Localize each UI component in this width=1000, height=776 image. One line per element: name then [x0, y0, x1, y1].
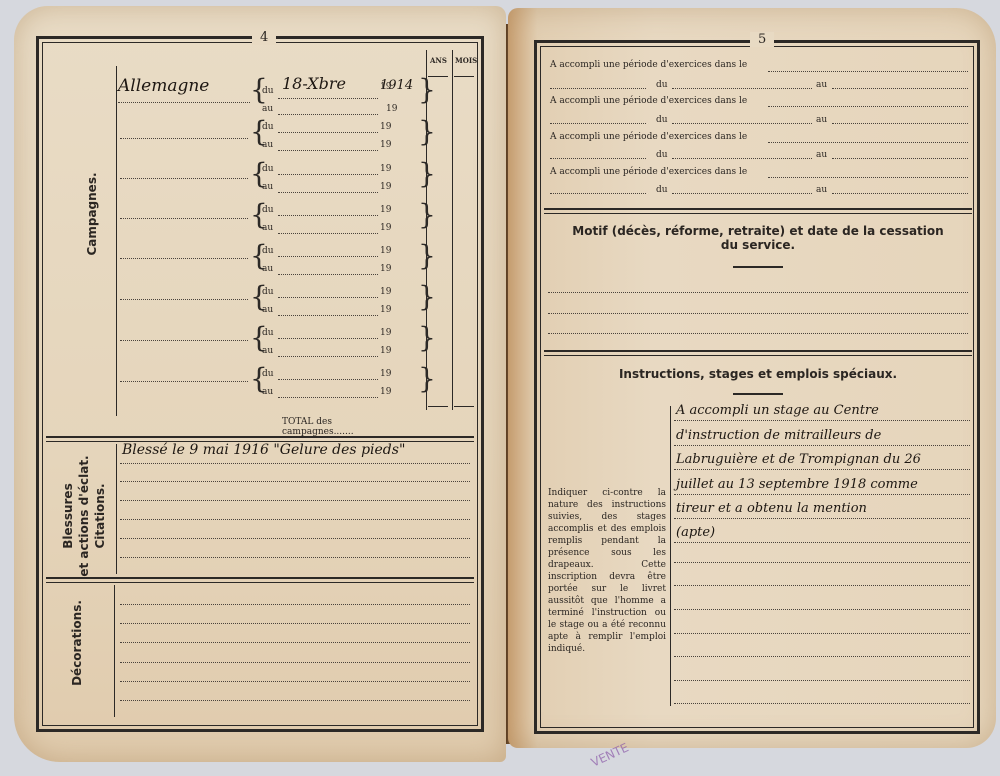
- total-campaigns-label: TOTAL des campagnes.......: [282, 417, 354, 437]
- divider-exercise-cessation: [544, 208, 972, 214]
- mois-column-divider: [452, 50, 453, 410]
- ans-header: ANS: [430, 56, 447, 65]
- campaigns-label: Campagnes.: [84, 164, 100, 264]
- campaigns-brace-line: [116, 66, 117, 416]
- campaign-start-date: 18-Xbre: [282, 74, 346, 93]
- divider-wounds-decorations: [46, 577, 474, 583]
- wounds-label: Blessures et actions d'éclat. Citations.: [60, 446, 108, 586]
- wound-entry-handwritten: Blessé le 9 mai 1916 "Gelure des pieds": [122, 442, 405, 458]
- instructions-note: Indiquer ci-contre la nature des instruc…: [548, 487, 666, 655]
- instructions-title: Instructions, stages et emplois spéciaux…: [544, 367, 972, 381]
- page-number-4: 4: [252, 30, 276, 45]
- campaign-place-handwritten: Allemagne: [118, 76, 209, 96]
- page-number-5: 5: [750, 32, 774, 47]
- mois-header: MOIS: [455, 56, 477, 65]
- decorations-label: Décorations.: [69, 593, 85, 693]
- divider-cessation-instructions: [544, 350, 972, 356]
- cessation-title: Motif (décès, réforme, retraite) et date…: [544, 224, 972, 252]
